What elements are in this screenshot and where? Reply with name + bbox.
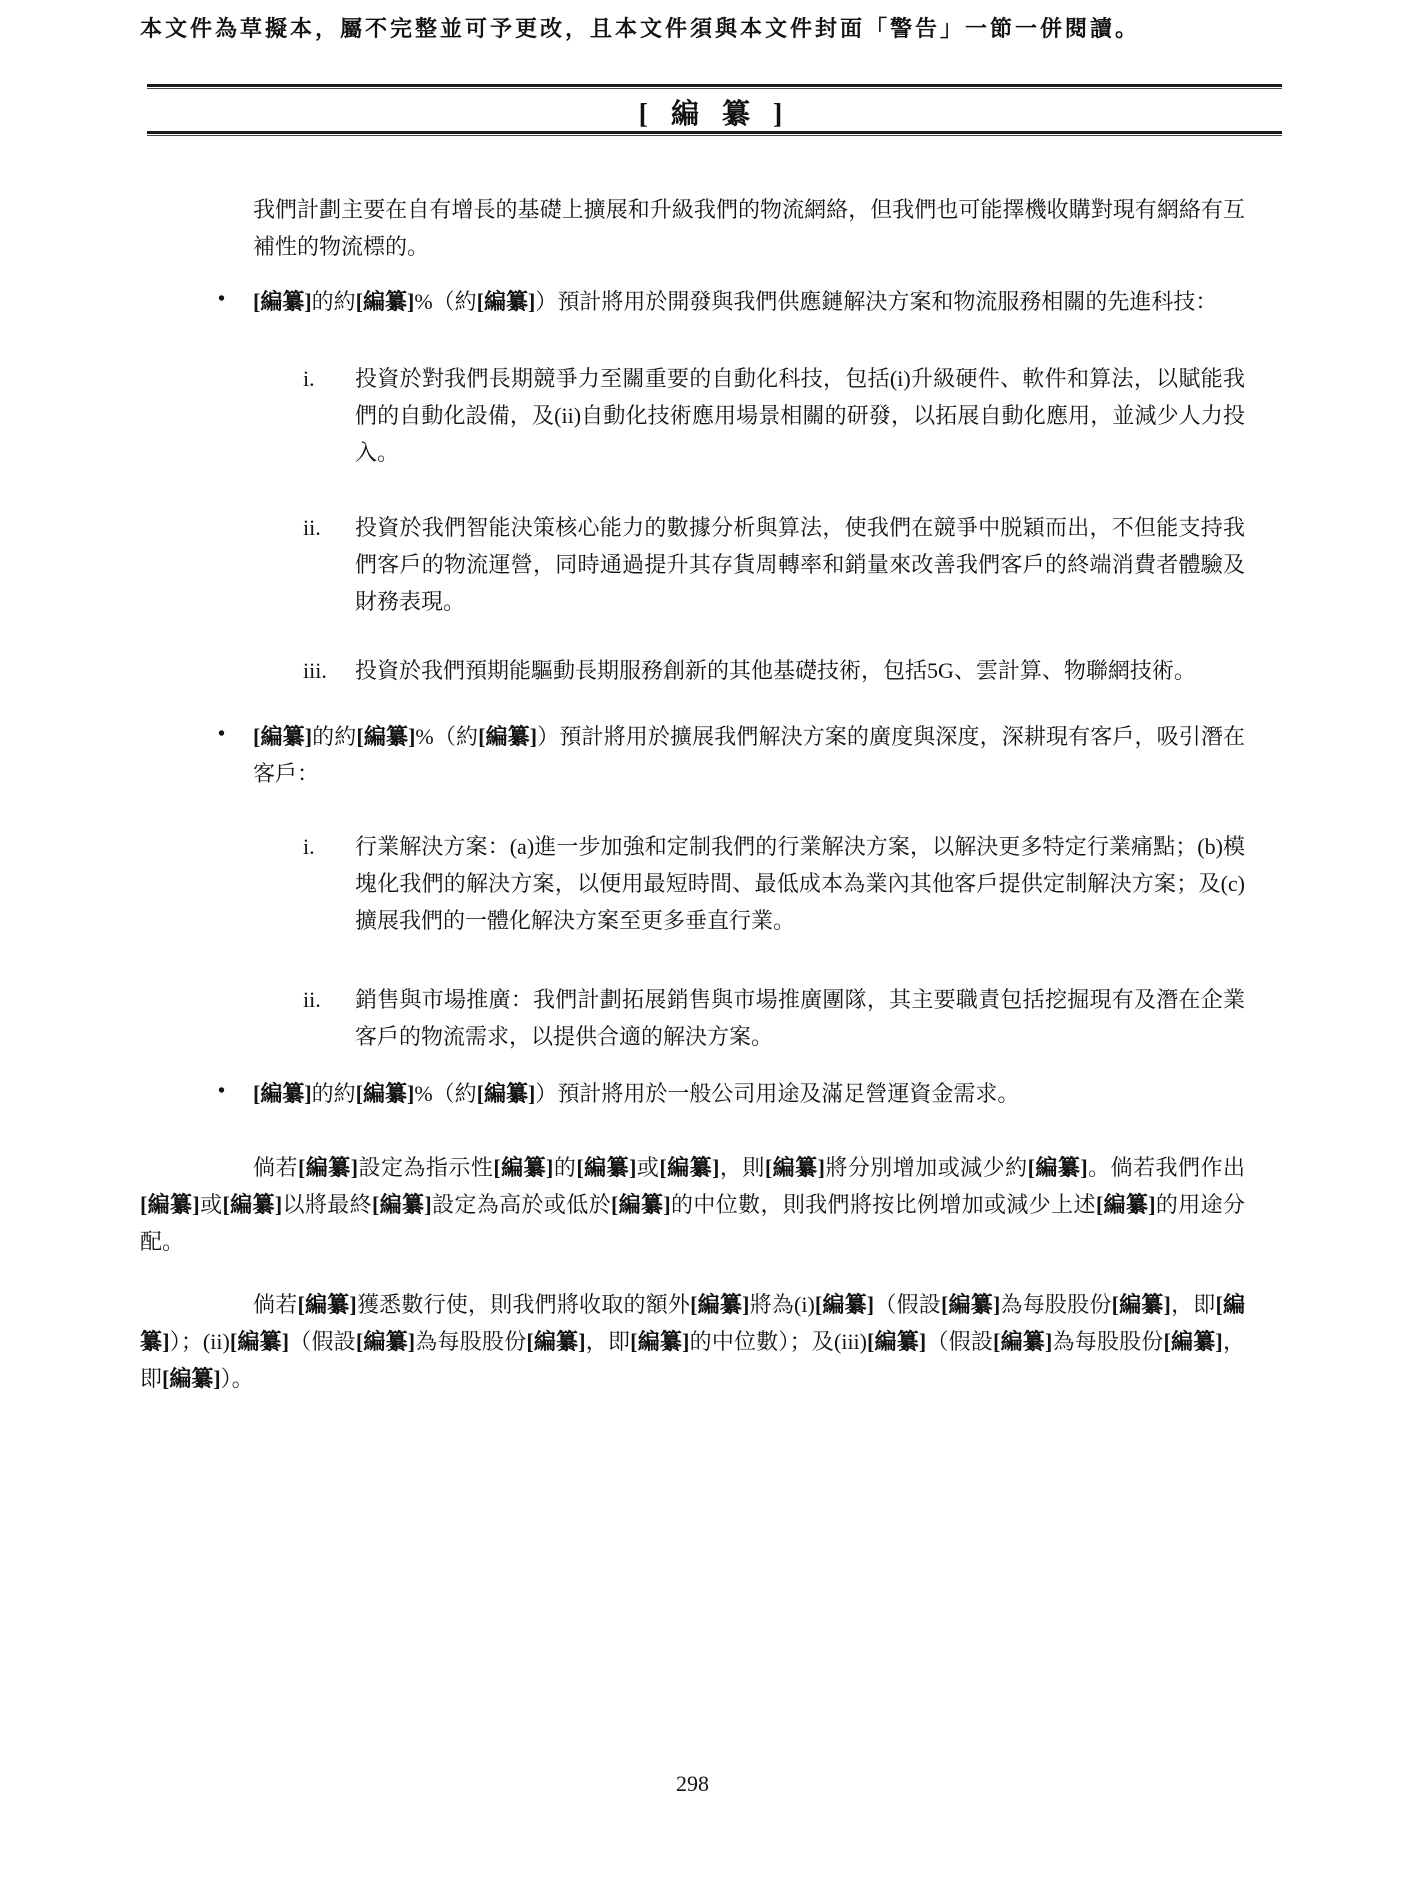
sub-item-text: 銷售與市場推廣：我們計劃拓展銷售與市場推廣團隊，其主要職責包括挖掘現有及潛在企業… <box>355 987 1245 1049</box>
bullet-lead-text: [編纂]的約[編纂]%（約[編纂]）預計將用於開發與我們供應鏈解決方案和物流服務… <box>253 289 1217 314</box>
draft-disclaimer: 本文件為草擬本，屬不完整並可予更改，且本文件須與本文件封面「警告」一節一併閱讀。 <box>140 12 1255 43</box>
bullet-item: • [編纂]的約[編纂]%（約[編纂]）預計將用於擴展我們解決方案的廣度與深度，… <box>253 718 1245 792</box>
body-paragraph: 倘若[編纂]獲悉數行使，則我們將收取的額外[編纂]將為(i)[編纂]（假設[編纂… <box>140 1286 1245 1397</box>
header-rule-bottom <box>147 131 1282 136</box>
sub-item-label: ii. <box>303 509 321 546</box>
section-title: [ 編 纂 ] <box>147 92 1282 132</box>
bullet-item: • [編纂]的約[編纂]%（約[編纂]）預計將用於開發與我們供應鏈解決方案和物流… <box>253 283 1245 320</box>
bullet-lead-text: [編纂]的約[編纂]%（約[編纂]）預計將用於一般公司用途及滿足營運資金需求。 <box>253 1081 1019 1106</box>
sub-item: i. 行業解決方案：(a)進一步加強和定制我們的行業解決方案，以解決更多特定行業… <box>355 828 1245 939</box>
sub-item-label: iii. <box>303 652 327 689</box>
sub-item-text: 投資於我們智能決策核心能力的數據分析與算法，使我們在競爭中脱穎而出，不但能支持我… <box>355 515 1245 614</box>
sub-item-label: i. <box>303 828 315 865</box>
document-page: 本文件為草擬本，屬不完整並可予更改，且本文件須與本文件封面「警告」一節一併閱讀。… <box>0 0 1411 1881</box>
bullet-dot-icon: • <box>218 1073 225 1110</box>
bullet-dot-icon: • <box>218 716 225 753</box>
sub-item: ii. 銷售與市場推廣：我們計劃拓展銷售與市場推廣團隊，其主要職責包括挖掘現有及… <box>355 981 1245 1055</box>
bullet-lead-text: [編纂]的約[編纂]%（約[編纂]）預計將用於擴展我們解決方案的廣度與深度，深耕… <box>253 724 1245 786</box>
sub-item-text: 行業解決方案：(a)進一步加強和定制我們的行業解決方案，以解決更多特定行業痛點；… <box>355 834 1245 933</box>
body-text: 我們計劃主要在自有增長的基礎上擴展和升級我們的物流網絡，但我們也可能擇機收購對現… <box>140 140 1245 1397</box>
sub-item-text: 投資於我們預期能驅動長期服務創新的其他基礎技術，包括5G、雲計算、物聯網技術。 <box>355 658 1196 683</box>
sub-item-text: 投資於對我們長期競爭力至關重要的自動化科技，包括(i)升級硬件、軟件和算法，以賦… <box>355 366 1245 465</box>
intro-paragraph: 我們計劃主要在自有增長的基礎上擴展和升級我們的物流網絡，但我們也可能擇機收購對現… <box>253 191 1245 265</box>
bullet-dot-icon: • <box>218 281 225 318</box>
sub-item-label: ii. <box>303 981 321 1018</box>
sub-item: i. 投資於對我們長期競爭力至關重要的自動化科技，包括(i)升級硬件、軟件和算法… <box>355 360 1245 471</box>
page-number: 298 <box>140 1771 1245 1797</box>
sub-item: ii. 投資於我們智能決策核心能力的數據分析與算法，使我們在競爭中脱穎而出，不但… <box>355 509 1245 620</box>
body-paragraph: 倘若[編纂]設定為指示性[編纂]的[編纂]或[編纂]，則[編纂]將分別增加或減少… <box>140 1149 1245 1260</box>
sub-item-label: i. <box>303 360 315 397</box>
header-rule-top <box>147 84 1282 89</box>
sub-item: iii. 投資於我們預期能驅動長期服務創新的其他基礎技術，包括5G、雲計算、物聯… <box>355 652 1245 689</box>
bullet-item: • [編纂]的約[編纂]%（約[編纂]）預計將用於一般公司用途及滿足營運資金需求… <box>253 1075 1245 1112</box>
